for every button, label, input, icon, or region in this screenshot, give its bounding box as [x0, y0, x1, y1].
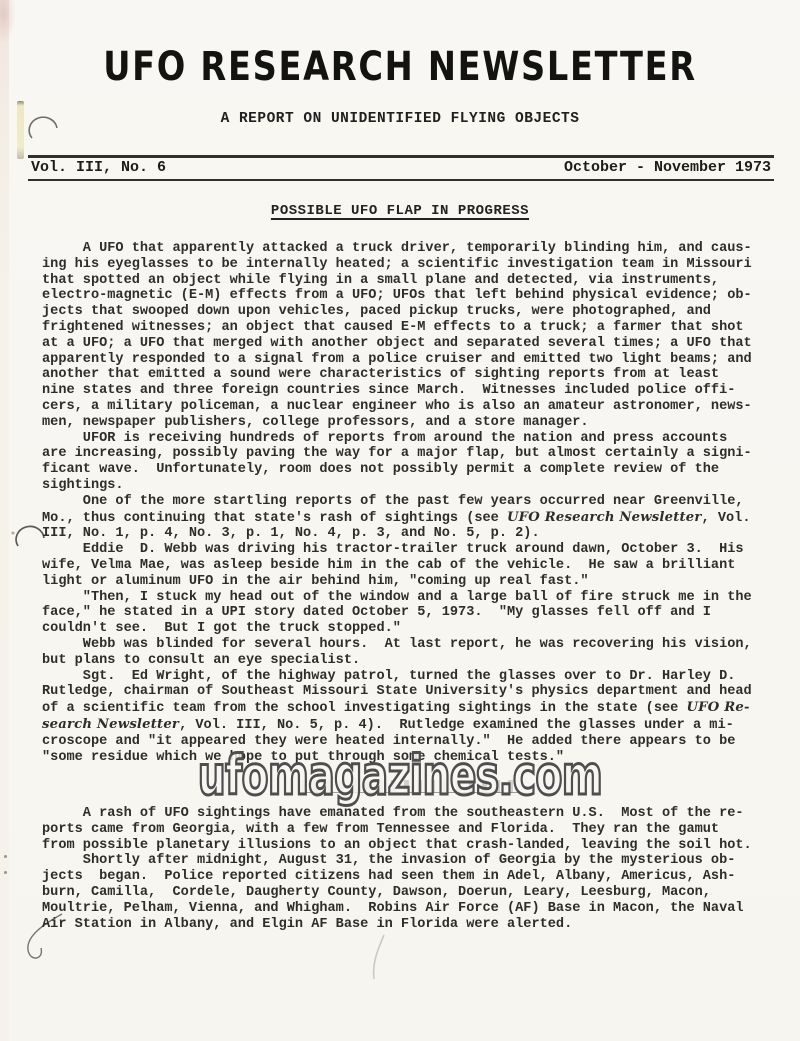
text-line: jects began. Police reported citizens ha… — [42, 869, 780, 885]
text-line: III, No. 1, p. 4, No. 3, p. 1, No. 4, p.… — [42, 526, 780, 542]
text-line: sightings. — [42, 478, 780, 494]
text-line: that spotted an object while flying in a… — [42, 273, 780, 289]
text-line: Sgt. Ed Wright, of the highway patrol, t… — [42, 669, 780, 685]
text-line: "some residue which we hope to put throu… — [42, 750, 780, 766]
text-line: of a scientific team from the school inv… — [42, 700, 780, 717]
text-line: face," he stated in a UPI story dated Oc… — [42, 605, 780, 621]
text-line: wife, Velma Mae, was asleep beside him i… — [42, 558, 780, 574]
paragraph: Eddie D. Webb was driving his tractor-tr… — [42, 542, 780, 589]
text-line: light or aluminum UFO in the air behind … — [42, 574, 780, 590]
paragraph: A UFO that apparently attacked a truck d… — [42, 241, 780, 431]
article-heading: POSSIBLE UFO FLAP IN PROGRESS — [0, 203, 800, 219]
text-line: Shortly after midnight, August 31, the i… — [42, 853, 780, 869]
text-line: from possible planetary illusions to an … — [42, 838, 780, 854]
paragraph: One of the more startling reports of the… — [42, 494, 780, 542]
text-line: frightened witnesses; an object that cau… — [42, 320, 780, 336]
margin-dot-marks — [3, 855, 8, 891]
text-line: A rash of UFO sightings have emanated fr… — [42, 806, 780, 822]
newsletter-title: UFO RESEARCH NEWSLETTER — [64, 47, 736, 87]
text-line: Air Station in Albany, and Elgin AF Base… — [42, 917, 780, 933]
text-line: Mo., thus continuing that state's rash o… — [42, 510, 780, 527]
text-line: men, newspaper publishers, college profe… — [42, 415, 780, 431]
text-line: Rutledge, chairman of Southeast Missouri… — [42, 684, 780, 700]
text-line: UFOR is receiving hundreds of reports fr… — [42, 431, 780, 447]
text-line: One of the more startling reports of the… — [42, 494, 780, 510]
text-line: jects that swooped down upon vehicles, p… — [42, 304, 780, 320]
text-line: search Newsletter, Vol. III, No. 5, p. 4… — [42, 717, 780, 734]
text-line: are increasing, possibly paving the way … — [42, 446, 780, 462]
text-line: "Then, I stuck my head out of the window… — [42, 590, 780, 606]
text-line: another that emitted a sound were charac… — [42, 367, 780, 383]
text-line: ficant wave. Unfortunately, room does no… — [42, 462, 780, 478]
tape-fragment-mark — [17, 101, 24, 159]
text-line: cers, a military policeman, a nuclear en… — [42, 399, 780, 415]
masthead-rule-band: Vol. III, No. 6 October - November 1973 — [28, 155, 774, 181]
obscured-section-heading — [300, 780, 518, 793]
text-line: Moultrie, Pelham, Vienna, and Whigham. R… — [42, 901, 780, 917]
masthead-volume: Vol. III, No. 6 — [31, 159, 166, 176]
text-line: burn, Camilla, Cordele, Daugherty County… — [42, 885, 780, 901]
masthead-date: October - November 1973 — [564, 159, 771, 176]
paragraph: Sgt. Ed Wright, of the highway patrol, t… — [42, 669, 780, 766]
text-line: Eddie D. Webb was driving his tractor-tr… — [42, 542, 780, 558]
paragraph: Shortly after midnight, August 31, the i… — [42, 853, 780, 932]
text-line: croscope and "it appeared they were heat… — [42, 734, 780, 750]
text-line: ports came from Georgia, with a few from… — [42, 822, 780, 838]
text-line: but plans to consult an eye specialist. — [42, 653, 780, 669]
paragraph: UFOR is receiving hundreds of reports fr… — [42, 431, 780, 494]
text-line: A UFO that apparently attacked a truck d… — [42, 241, 780, 257]
pen-arc-mark-middle — [10, 510, 46, 552]
paragraph: Webb was blinded for several hours. At l… — [42, 637, 780, 669]
text-line: apparently responded to a signal from a … — [42, 352, 780, 368]
text-line: Webb was blinded for several hours. At l… — [42, 637, 780, 653]
article-heading-text: POSSIBLE UFO FLAP IN PROGRESS — [271, 203, 529, 219]
newsletter-subtitle: A REPORT ON UNIDENTIFIED FLYING OBJECTS — [0, 111, 800, 127]
text-line: electro-magnetic (E-M) effects from a UF… — [42, 288, 780, 304]
text-line: ing his eyeglasses to be internally heat… — [42, 257, 780, 273]
scratch-mark — [358, 933, 392, 981]
text-line: nine states and three foreign countries … — [42, 383, 780, 399]
newsletter-page: UFO RESEARCH NEWSLETTER A REPORT ON UNID… — [0, 0, 800, 1041]
text-line: at a UFO; a UFO that merged with another… — [42, 336, 780, 352]
section2-body: A rash of UFO sightings have emanated fr… — [42, 806, 780, 932]
paragraph: A rash of UFO sightings have emanated fr… — [42, 806, 780, 853]
paragraph: "Then, I stuck my head out of the window… — [42, 590, 780, 637]
scan-corner-smudge — [0, 0, 16, 44]
text-line: couldn't see. But I got the truck stoppe… — [42, 621, 780, 637]
article-body: A UFO that apparently attacked a truck d… — [42, 241, 780, 765]
